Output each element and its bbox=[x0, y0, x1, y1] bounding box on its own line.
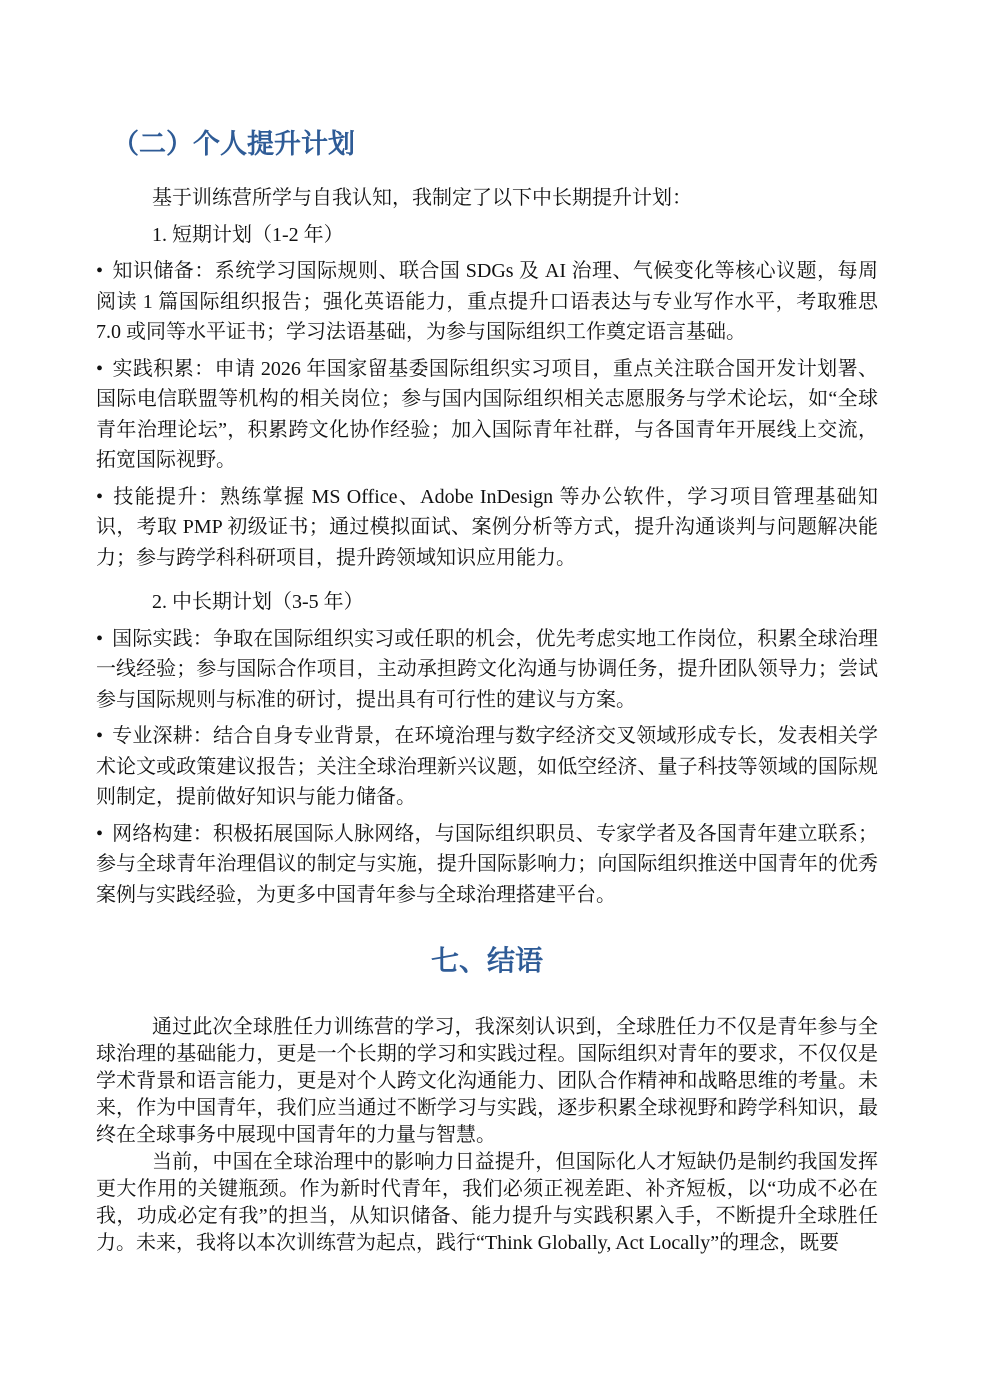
bullet-item-network-building: •网络构建：积极拓展国际人脉网络，与国际组织职员、专家学者及各国青年建立联系；参… bbox=[96, 819, 878, 911]
bullet-icon: • bbox=[96, 624, 103, 655]
conclusion-heading: 七、结语 bbox=[96, 944, 878, 978]
conclusion-paragraph-1: 通过此次全球胜任力训练营的学习，我深刻认识到，全球胜任力不仅是青年参与全球治理的… bbox=[96, 1014, 878, 1149]
bullet-icon: • bbox=[96, 482, 103, 513]
bullet-text: 网络构建：积极拓展国际人脉网络，与国际组织职员、专家学者及各国青年建立联系；参与… bbox=[96, 823, 878, 906]
bullet-text: 技能提升：熟练掌握 MS Office、Adobe InDesign 等办公软件… bbox=[96, 486, 878, 569]
bullet-icon: • bbox=[96, 354, 103, 385]
conclusion-paragraph-2: 当前，中国在全球治理中的影响力日益提升，但国际化人才短缺仍是制约我国发挥更大作用… bbox=[96, 1149, 878, 1257]
bullet-item-professional-depth: •专业深耕：结合自身专业背景，在环境治理与数字经济交叉领域形成专长，发表相关学术… bbox=[96, 721, 878, 813]
mid-term-plan-title: 2. 中长期计划（3-5 年） bbox=[96, 587, 878, 618]
bullet-item-practice: •实践积累：申请 2026 年国家留基委国际组织实习项目，重点关注联合国开发计划… bbox=[96, 354, 878, 476]
bullet-text: 国际实践：争取在国际组织实习或任职的机会，优先考虑实地工作岗位，积累全球治理一线… bbox=[96, 628, 878, 711]
bullet-icon: • bbox=[96, 256, 103, 287]
bullet-item-knowledge: •知识储备：系统学习国际规则、联合国 SDGs 及 AI 治理、气候变化等核心议… bbox=[96, 256, 878, 348]
bullet-text: 实践积累：申请 2026 年国家留基委国际组织实习项目，重点关注联合国开发计划署… bbox=[96, 358, 878, 472]
intro-paragraph: 基于训练营所学与自我认知，我制定了以下中长期提升计划： bbox=[96, 183, 878, 214]
bullet-item-international-practice: •国际实践：争取在国际组织实习或任职的机会，优先考虑实地工作岗位，积累全球治理一… bbox=[96, 624, 878, 716]
bullet-item-skills: •技能提升：熟练掌握 MS Office、Adobe InDesign 等办公软… bbox=[96, 482, 878, 574]
bullet-text: 专业深耕：结合自身专业背景，在环境治理与数字经济交叉领域形成专长，发表相关学术论… bbox=[96, 725, 878, 808]
bullet-text: 知识储备：系统学习国际规则、联合国 SDGs 及 AI 治理、气候变化等核心议题… bbox=[96, 260, 878, 343]
bullet-icon: • bbox=[96, 721, 103, 752]
section-heading-personal-plan: （二）个人提升计划 bbox=[112, 127, 878, 161]
short-term-plan-title: 1. 短期计划（1-2 年） bbox=[96, 220, 878, 251]
bullet-icon: • bbox=[96, 819, 103, 850]
document-page: （二）个人提升计划 基于训练营所学与自我认知，我制定了以下中长期提升计划： 1.… bbox=[0, 0, 988, 1397]
